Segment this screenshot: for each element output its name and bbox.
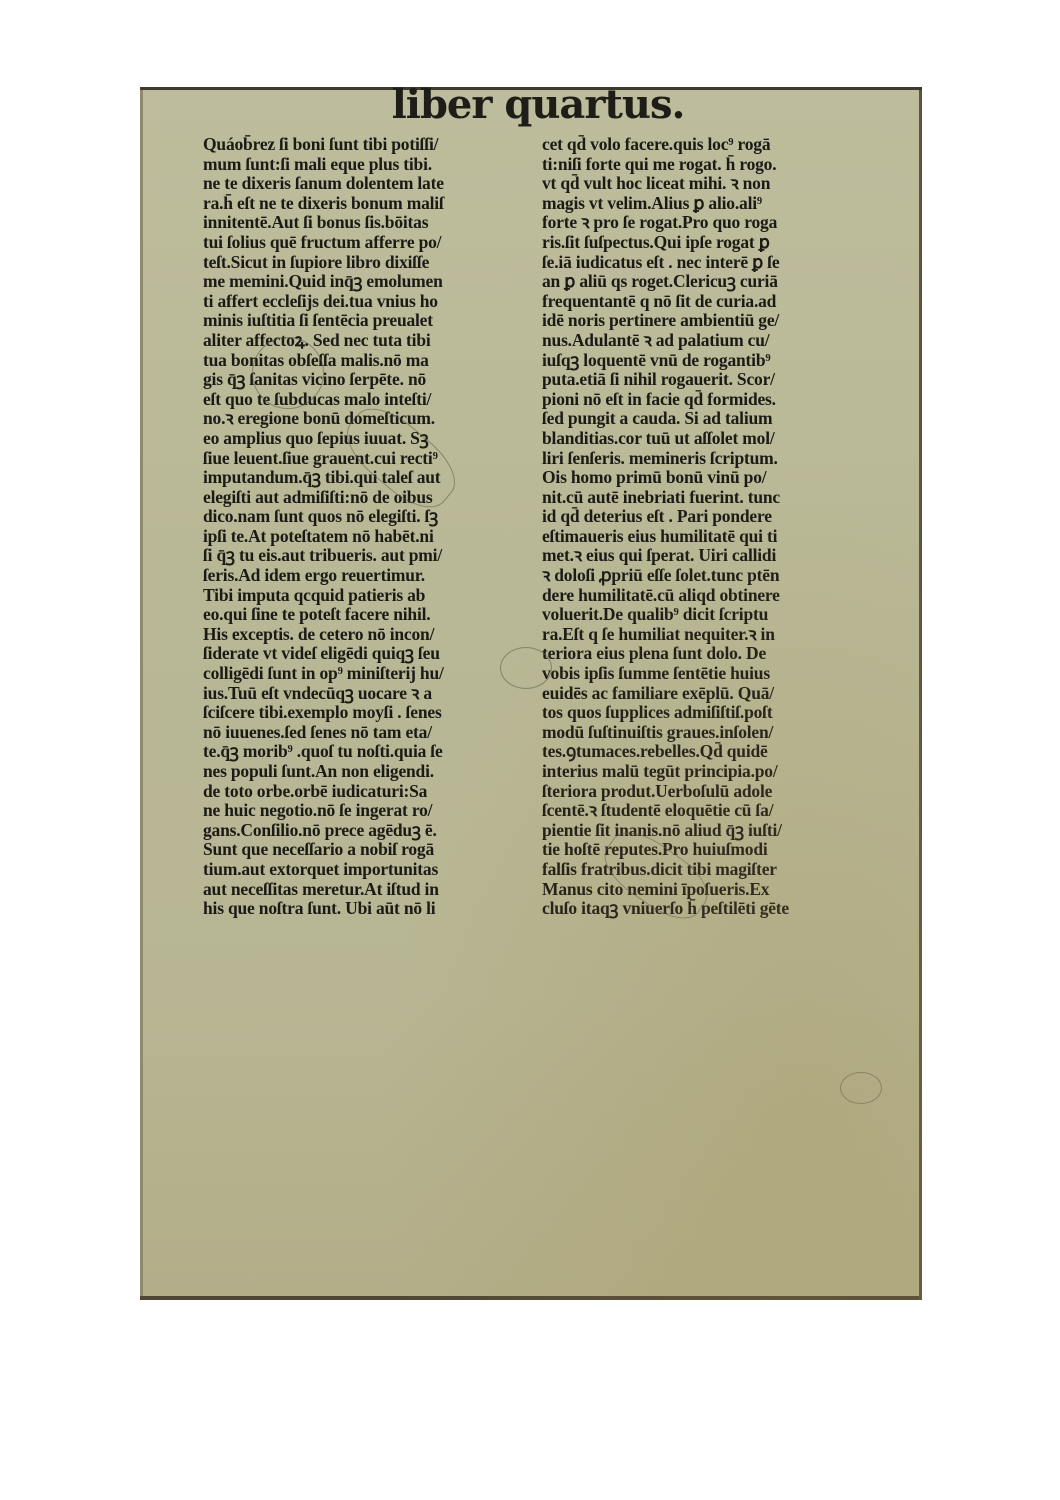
text-line: His exceptis. de cetero nō incon/: [203, 625, 541, 645]
text-line: ne te dixeris ſanum dolentem late: [203, 174, 541, 194]
text-line: mum ſunt:ſi mali eque plus tibi.: [203, 155, 541, 175]
text-line: nō iuuenes.ſed ſenes nō tam eta/: [203, 723, 541, 743]
text-line: eo.qui ſine te poteſt facere nihil.: [203, 605, 541, 625]
text-line: tes.ꝯtumaces.rebelles.Qd̄ quidē: [542, 742, 880, 762]
text-line: his que noſtra ſunt. Ubi aūt nō li: [203, 899, 541, 919]
text-line: ſteriora produt.Uerboſulū adole: [542, 782, 880, 802]
text-line: tium.aut extorquet importunitas: [203, 860, 541, 880]
text-line: aliter affectoꝝ. Sed nec tuta tibi: [203, 331, 541, 351]
text-line: ſiue leuent.ſiue grauent.cui recti⁹: [203, 449, 541, 469]
text-line: ra.h̄ eſt ne te dixeris bonum maliſ: [203, 194, 541, 214]
text-line: voluerit.De qualib⁹ dicit ſcriptu: [542, 605, 880, 625]
text-line: elegiſti aut admiſiſti:nō de oibus: [203, 488, 541, 508]
text-line: magis vt velim.Alius ꝑ alio.ali⁹: [542, 194, 880, 214]
text-line: ſed pungit a cauda. Si ad talium: [542, 409, 880, 429]
text-line: tie hoſtē reputes.Pro huiuſmodi: [542, 840, 880, 860]
text-line: met.ꝛ eius qui ſperat. Uiri callidi: [542, 546, 880, 566]
text-line: ſciſcere tibi.exemplo moyſi . ſenes: [203, 703, 541, 723]
text-line: Sunt que neceſſario a nobiſ rogā: [203, 840, 541, 860]
text-line: tui ſolius quē fructum afferre po/: [203, 233, 541, 253]
text-line: ſi q̄ꝫ tu eis.aut tribueris. aut pmi/: [203, 546, 541, 566]
text-line: modū ſuſtinuiſtis graues.inſolen/: [542, 723, 880, 743]
text-line: ne huic negotio.nō ſe ingerat ro/: [203, 801, 541, 821]
text-line: vt qd̄ vult hoc liceat mihi. ꝛ non: [542, 174, 880, 194]
text-line: euidēs ac familiare exēplū. Quā/: [542, 684, 880, 704]
text-line: cet qd̄ volo facere.quis loc⁹ rogā: [542, 135, 880, 155]
text-line: liri ſenſeris. memineris ſcriptum.: [542, 449, 880, 469]
text-line: imputandum.q̄ꝫ tibi.qui taleſ aut: [203, 468, 541, 488]
text-line: iuſqꝫ loquentē vnū de rogantib⁹: [542, 351, 880, 371]
text-line: ſiderate vt videſ eligēdi quiqꝫ ſeu: [203, 644, 541, 664]
text-line: ipſi te.At poteſtatem nō habēt.ni: [203, 527, 541, 547]
text-line: blanditias.cor tuū ut aſſolet mol/: [542, 429, 880, 449]
text-line: teriora eius plena ſunt dolo. De: [542, 644, 880, 664]
text-line: gans.Conſilio.nō prece agēduꝫ ē.: [203, 821, 541, 841]
text-line: vobis ipſis ſumme ſentētie huius: [542, 664, 880, 684]
text-line: no.ꝛ eregione bonū domeſticum.: [203, 409, 541, 429]
text-line: Tibi imputa qcquid patieris ab: [203, 586, 541, 606]
text-line: ꝛ doloſi ꝓpriū eſſe ſolet.tunc ptēn: [542, 566, 880, 586]
text-line: nus.Adulantē ꝛ ad palatium cu/: [542, 331, 880, 351]
text-line: nit.cū autē inebriati fuerint. tunc: [542, 488, 880, 508]
text-column-left: Quáob̄rez ſi boni ſunt tibi potiſſi/mum …: [203, 135, 541, 919]
text-line: an ꝑ aliū qs roget.Clericuꝫ curiā: [542, 272, 880, 292]
text-line: Ois homo primū bonū vinū po/: [542, 468, 880, 488]
text-column-right: cet qd̄ volo facere.quis loc⁹ rogāti:niſ…: [542, 135, 880, 919]
text-line: interius malū tegūt principia.po/: [542, 762, 880, 782]
text-line: ſeris.Ad idem ergo reuertimur.: [203, 566, 541, 586]
text-line: de toto orbe.orbē iudicaturi:Sa: [203, 782, 541, 802]
text-line: me memini.Quid inq̄ꝫ emolumen: [203, 272, 541, 292]
text-line: dere humilitatē.cū aliqd obtinere: [542, 586, 880, 606]
text-line: ti:niſi forte qui me rogat. h̄ rogo.: [542, 155, 880, 175]
text-line: gis q̄ꝫ ſanitas vicino ſerpēte. nō: [203, 370, 541, 390]
text-line: te.q̄ꝫ morib⁹ .quoſ tu noſti.quia ſe: [203, 742, 541, 762]
text-line: ſe.iā iudicatus eſt . nec interē ꝑ ſe: [542, 253, 880, 273]
text-line: cluſo itaqꝫ vniuerſo h̄ peſtilēti gēte: [542, 899, 880, 919]
text-line: eſt quo te ſubducas malo inteſti/: [203, 390, 541, 410]
text-line: frequentantē q nō ſit de curia.ad: [542, 292, 880, 312]
text-line: falſis fratribus.dicit tibi magiſter: [542, 860, 880, 880]
text-line: puta.etiā ſi nihil rogauerit. Scor/: [542, 370, 880, 390]
text-line: aut neceſſitas meretur.At iſtud in: [203, 880, 541, 900]
watermark-stamp: [840, 1072, 882, 1104]
text-line: pientie ſit inanis.nō aliud q̄ꝫ iuſti/: [542, 821, 880, 841]
text-line: id qd̄ deterius eſt . Pari pondere: [542, 507, 880, 527]
text-line: colligēdi ſunt in op⁹ miniſterij hu/: [203, 664, 541, 684]
text-line: ra.Eſt q ſe humiliat nequiter.ꝛ in: [542, 625, 880, 645]
text-line: ius.Tuū eſt vndecūqꝫ uocare ꝛ a: [203, 684, 541, 704]
text-line: minis iuſtitia ſi ſentēcia preualet: [203, 311, 541, 331]
text-line: Quáob̄rez ſi boni ſunt tibi potiſſi/: [203, 135, 541, 155]
scanned-page: liber quartus. Quáob̄rez ſi boni ſunt ti…: [140, 87, 922, 1300]
text-line: dico.nam ſunt quos nō elegiſti. ſꝫ: [203, 507, 541, 527]
text-line: ſcentē.ꝛ ſtudentē eloquētie cū ſa/: [542, 801, 880, 821]
text-line: teſt.Sicut in ſupiore libro dixiſſe: [203, 253, 541, 273]
text-line: ris.ſit ſuſpectus.Qui ipſe rogat ꝑ: [542, 233, 880, 253]
text-line: ti affert eccleſijs dei.tua vnius ho: [203, 292, 541, 312]
running-head: liber quartus.: [378, 81, 698, 129]
text-line: idē noris pertinere ambientiū ge/: [542, 311, 880, 331]
text-line: nes populi ſunt.An non eligendi.: [203, 762, 541, 782]
text-line: pioni nō eſt in facie qd̄ formides.: [542, 390, 880, 410]
text-line: forte ꝛ pro ſe rogat.Pro quo roga: [542, 213, 880, 233]
text-line: tos quos ſupplices admiſiſtiſ.poſt: [542, 703, 880, 723]
text-line: innitentē.Aut ſi bonus ſis.bōitas: [203, 213, 541, 233]
text-line: eo amplius quo ſepius iuuat. Sꝫ: [203, 429, 541, 449]
text-line: Manus cito nemini īpoſueris.Ex: [542, 880, 880, 900]
text-line: tua bonitas obſeſſa malis.nō ma: [203, 351, 541, 371]
text-line: eſtimaueris eius humilitatē qui ti: [542, 527, 880, 547]
